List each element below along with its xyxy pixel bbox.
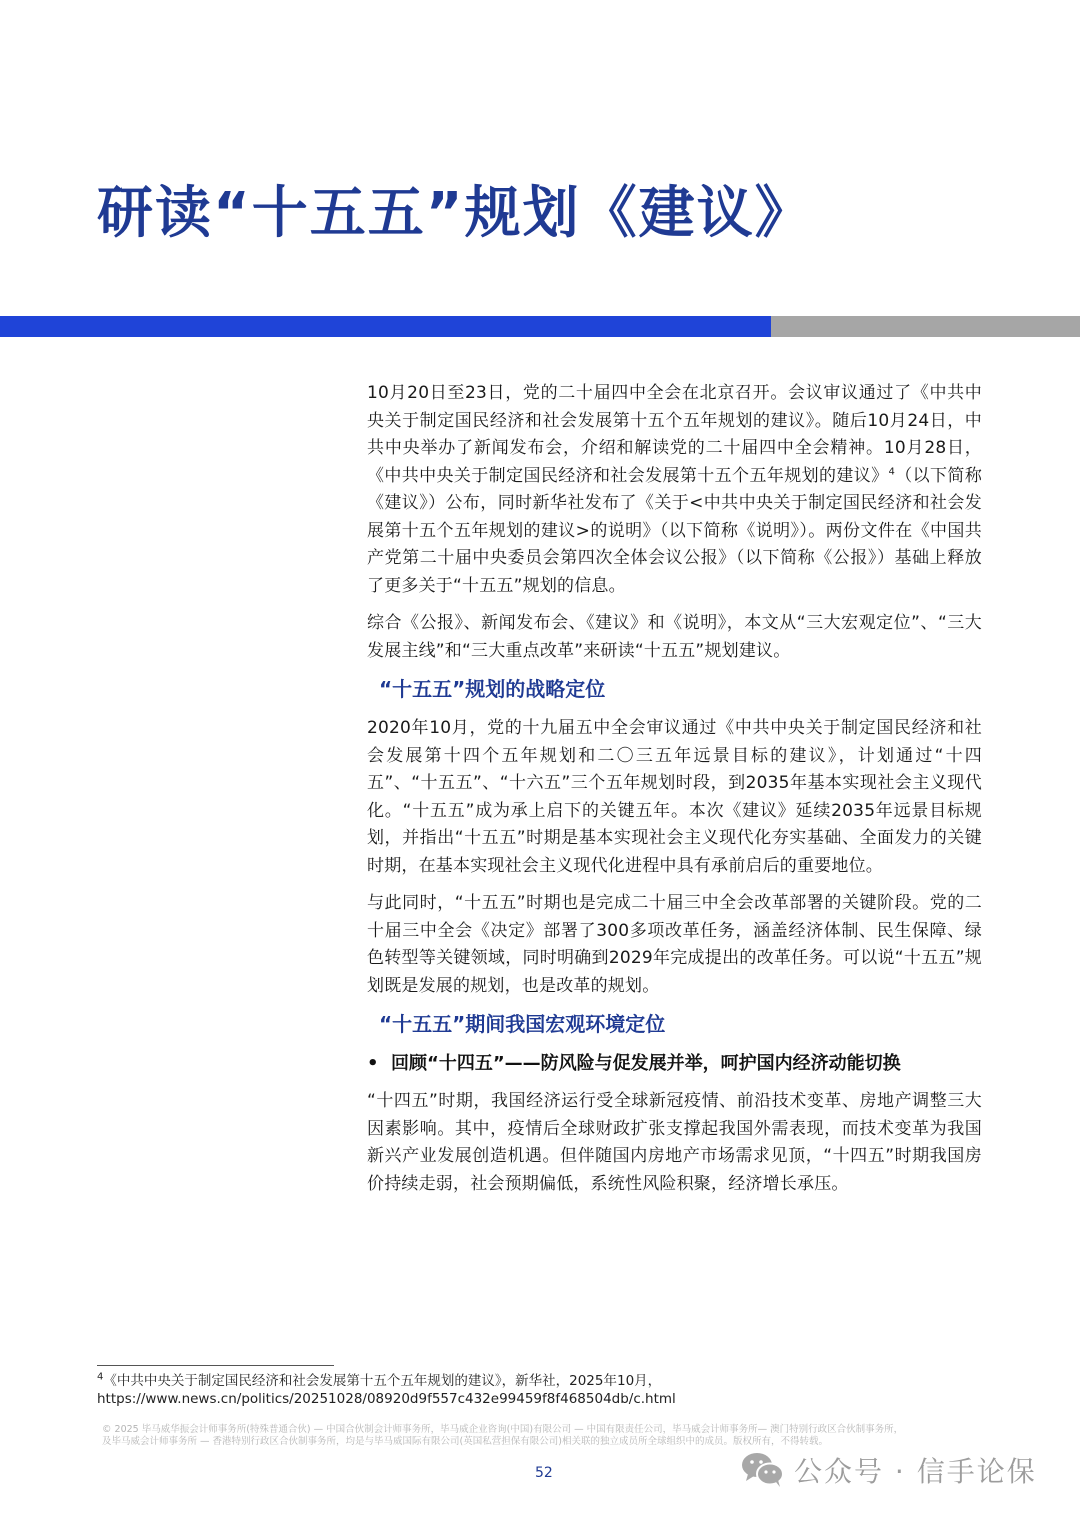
- section-heading-macro-environment: “十五五”期间我国宏观环境定位: [379, 1010, 982, 1038]
- bullet-heading: • 回顾“十四五”——防风险与促发展并举，呵护国内经济动能切换: [367, 1050, 982, 1078]
- section2-paragraph-1: “十四五”时期，我国经济运行受全球新冠疫情、前沿技术变革、房地产调整三大因素影响…: [367, 1088, 982, 1198]
- footnote-divider: [97, 1365, 334, 1366]
- section1-paragraph-2: 与此同时，“十五五”时期也是完成二十届三中全会改革部署的关键阶段。党的二十届三中…: [367, 890, 982, 1000]
- section-heading-strategic-positioning: “十五五”规划的战略定位: [379, 675, 982, 703]
- bullet-icon: •: [367, 1050, 391, 1078]
- article-body: 10月20日至23日，党的二十届四中全会在北京召开。会议审议通过了《中共中央关于…: [367, 380, 982, 1208]
- footnote-text: 《中共中央关于制定国民经济和社会发展第十五个五年规划的建议》，新华社，2025年…: [103, 1373, 661, 1389]
- intro-paragraph-1: 10月20日至23日，党的二十届四中全会在北京召开。会议审议通过了《中共中央关于…: [367, 380, 982, 600]
- title-bar-blue-segment: [0, 316, 771, 337]
- intro-paragraph-2: 综合《公报》、新闻发布会、《建议》和《说明》，本文从“三大宏观定位”、“三大发展…: [367, 610, 982, 665]
- title-divider-bar: [0, 316, 1080, 337]
- wechat-icon: [740, 1450, 786, 1490]
- copyright-notice: © 2025 毕马威华振会计师事务所(特殊普通合伙) — 中国合伙制会计师事务所…: [102, 1424, 982, 1448]
- watermark: 公众号 · 信手论保: [740, 1450, 1037, 1490]
- title-bar-gray-segment: [771, 316, 1080, 337]
- section1-paragraph-1: 2020年10月，党的十九届五中全会审议通过《中共中央关于制定国民经济和社会发展…: [367, 715, 982, 880]
- watermark-text: 公众号 · 信手论保: [794, 1450, 1037, 1490]
- copyright-line-1: © 2025 毕马威华振会计师事务所(特殊普通合伙) — 中国合伙制会计师事务所…: [102, 1424, 982, 1436]
- page-title: 研读“十五五”规划《建议》: [97, 176, 813, 252]
- footnote: 4《中共中央关于制定国民经济和社会发展第十五个五年规划的建议》，新华社，2025…: [97, 1372, 997, 1408]
- bullet-heading-text: 回顾“十四五”——防风险与促发展并举，呵护国内经济动能切换: [391, 1050, 901, 1078]
- footnote-url-link[interactable]: https://www.news.cn/politics/20251028/08…: [97, 1390, 997, 1408]
- page-number: 52: [535, 1465, 553, 1481]
- copyright-line-2: 及毕马威会计师事务所 — 香港特别行政区合伙制事务所，均是与毕马威国际有限公司(…: [102, 1436, 982, 1448]
